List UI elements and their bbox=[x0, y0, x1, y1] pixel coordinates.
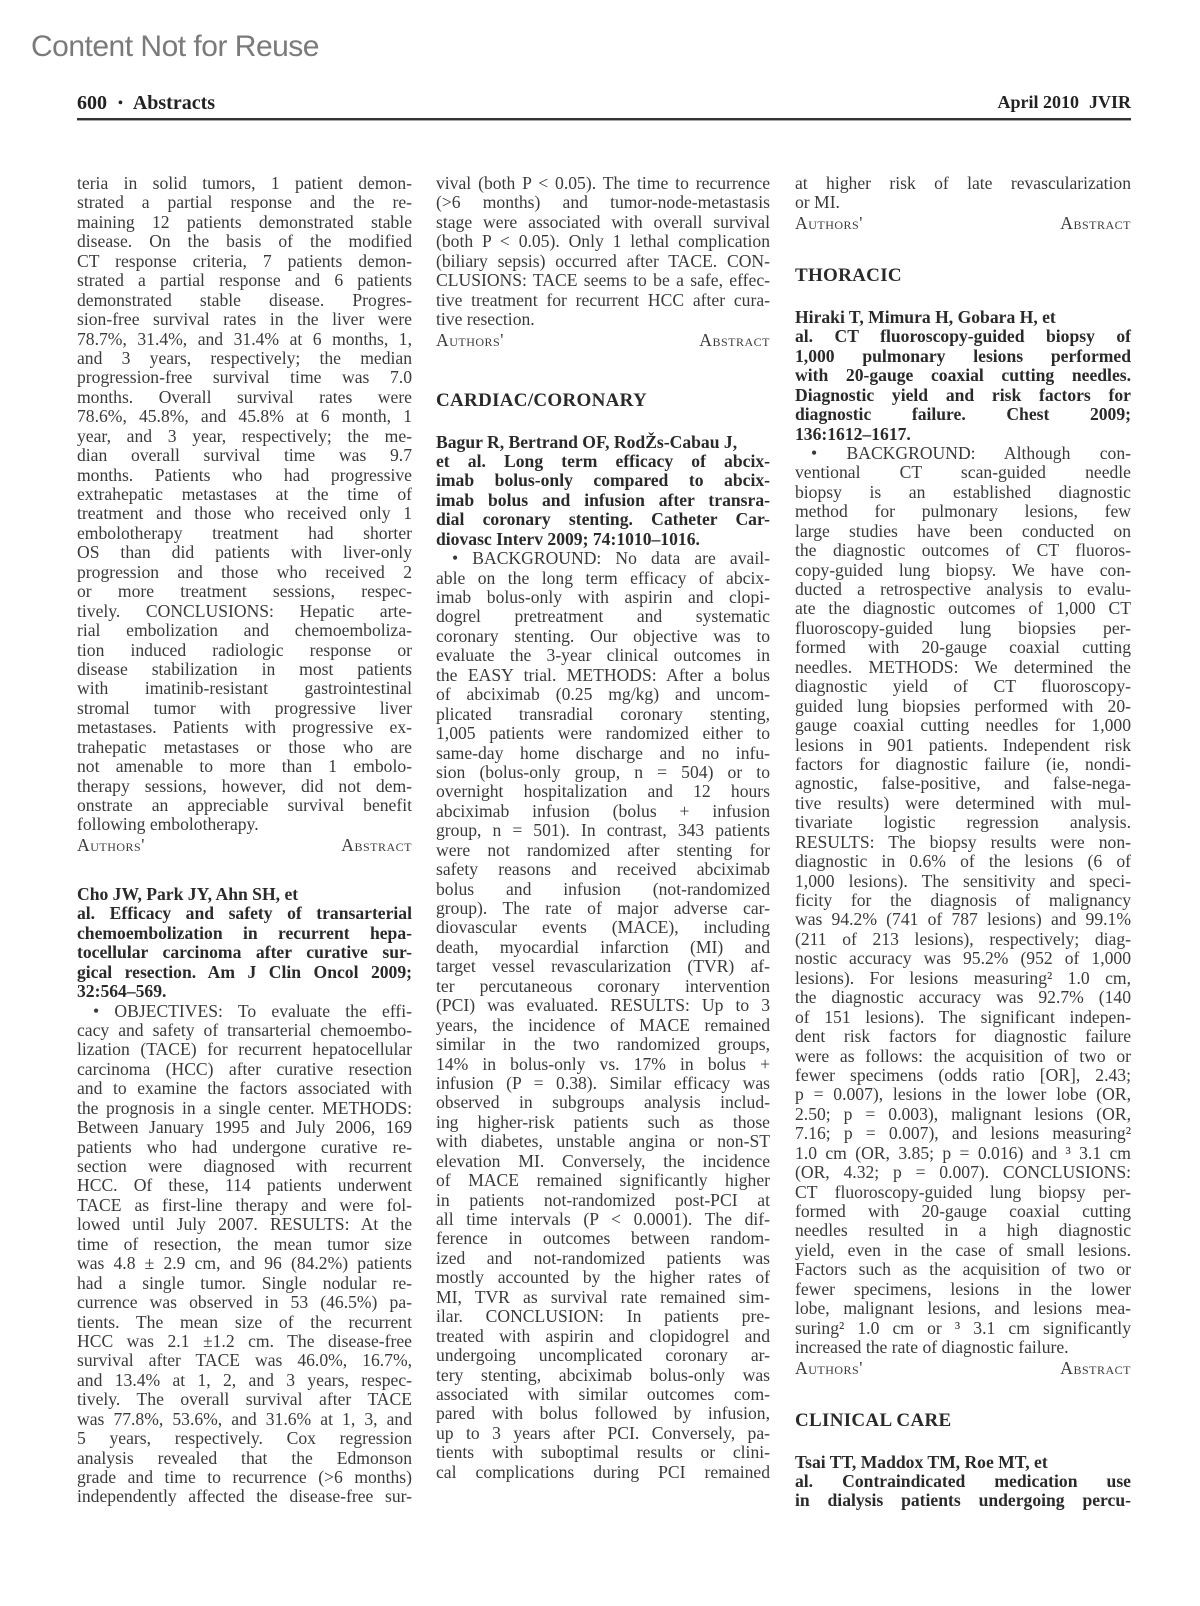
text-line: ventional CT scan-guided needle bbox=[795, 463, 1131, 482]
text-line: ference in outcomes between random- bbox=[436, 1229, 770, 1248]
article-citation-bagur: Bagur R, Bertrand OF, RodŽs-Cabau J,et a… bbox=[436, 433, 770, 550]
text-line: (OR, 4.32; p = 0.007). CONCLUSIONS: bbox=[795, 1163, 1131, 1182]
text-line: p = 0.007), lesions in the lower lobe (O… bbox=[795, 1085, 1131, 1104]
text-line: was 4.8 ± 2.9 cm, and 96 (84.2%) patient… bbox=[77, 1254, 412, 1273]
text-line: formed with 20-gauge coaxial cutting bbox=[795, 1202, 1131, 1221]
continued-abstract-body-cho: vival (both P < 0.05). The time to recur… bbox=[436, 174, 770, 330]
column-2: vival (both P < 0.05). The time to recur… bbox=[436, 174, 770, 1482]
text-line: pared with bolus followed by infusion, bbox=[436, 1404, 770, 1423]
continued-abstract-body: teria in solid tumors, 1 patient demon-s… bbox=[77, 174, 412, 835]
text-line: CT response criteria, 7 patients demon- bbox=[77, 252, 412, 271]
text-line: plicated transradial coronary stenting, bbox=[436, 705, 770, 724]
text-line: tivariate logistic regression analysis. bbox=[795, 813, 1131, 832]
text-line: ducted a retrospective analysis to evalu… bbox=[795, 580, 1131, 599]
running-head: 600 • Abstracts April 2010JVIR bbox=[77, 92, 1131, 118]
text-line: carcinoma (HCC) after curative resection bbox=[77, 1060, 412, 1079]
text-line: and to examine the factors associated wi… bbox=[77, 1079, 412, 1098]
text-line: disease. On the basis of the modified bbox=[77, 232, 412, 251]
text-line: up to 3 years after PCI. Conversely, pa- bbox=[436, 1424, 770, 1443]
text-line: year, and 3 year, respectively; the me- bbox=[77, 427, 412, 446]
text-line: cal complications during PCI remained bbox=[436, 1463, 770, 1482]
text-line: biopsy is an established diagnostic bbox=[795, 483, 1131, 502]
text-line: same-day home discharge and no infu- bbox=[436, 744, 770, 763]
text-line: lesions in 901 patients. Independent ris… bbox=[795, 736, 1131, 755]
text-line: guided lung biopsies performed with 20- bbox=[795, 697, 1131, 716]
text-line: onstrate an appreciable survival benefit bbox=[77, 796, 412, 815]
text-line: progression and those who received 2 bbox=[77, 563, 412, 582]
text-line: death, myocardial infarction (MI) and bbox=[436, 938, 770, 957]
text-line: dogrel pretreatment and systematic bbox=[436, 607, 770, 626]
text-line: diagnostic failure. Chest 2009; bbox=[795, 405, 1131, 424]
text-line: tients with suboptimal results or clini- bbox=[436, 1443, 770, 1462]
continued-abstract-body-bagur: at higher risk of late revascularization… bbox=[795, 174, 1131, 213]
journal-name: JVIR bbox=[1089, 92, 1131, 112]
text-line: diagnostic yield of CT fluoroscopy- bbox=[795, 677, 1131, 696]
text-line: not amenable to more than 1 embolo- bbox=[77, 757, 412, 776]
text-line: Between January 1995 and July 2006, 169 bbox=[77, 1118, 412, 1137]
text-line: progression-free survival time was 7.0 bbox=[77, 368, 412, 387]
text-line: gauge coaxial cutting needles for 1,000 bbox=[795, 716, 1131, 735]
text-line: nostic accuracy was 95.2% (952 of 1,000 bbox=[795, 949, 1131, 968]
text-line: imab bolus-only compared to abcix- bbox=[436, 471, 770, 490]
text-line: disease stabilization in most patients bbox=[77, 660, 412, 679]
text-line: safety reasons and received abciximab bbox=[436, 860, 770, 879]
text-line: TACE as first-line therapy and were fol- bbox=[77, 1196, 412, 1215]
article-citation-cho: Cho JW, Park JY, Ahn SH, etal. Efficacy … bbox=[77, 885, 412, 1002]
text-line: (>6 months) and tumor-node-metastasis bbox=[436, 193, 770, 212]
text-line: target vessel revascularization (TVR) af… bbox=[436, 957, 770, 976]
text-line: vival (both P < 0.05). The time to recur… bbox=[436, 174, 770, 193]
text-line: treatment and those who received only 1 bbox=[77, 504, 412, 523]
text-line: were as follows: the acquisition of two … bbox=[795, 1047, 1131, 1066]
text-line: RESULTS: The biopsy results were non- bbox=[795, 833, 1131, 852]
text-line: in patients not-randomized post-PCI at bbox=[436, 1191, 770, 1210]
abstract-signature: Authors' Abstract bbox=[77, 835, 412, 855]
text-line: ilar. CONCLUSION: In patients pre- bbox=[436, 1307, 770, 1326]
text-line: independently affected the disease-free … bbox=[77, 1487, 412, 1506]
text-line: stromal tumor with progressive liver bbox=[77, 699, 412, 718]
text-line: CLUSIONS: TACE seems to be a safe, effec… bbox=[436, 271, 770, 290]
text-line: dial coronary stenting. Catheter Car- bbox=[436, 510, 770, 529]
text-line: chemoembolization in recurrent hepa- bbox=[77, 924, 412, 943]
text-line: lobe, malignant lesions, and lesions mea… bbox=[795, 1299, 1131, 1318]
text-line: able on the long term efficacy of abcix- bbox=[436, 569, 770, 588]
text-line: tive resection. bbox=[436, 310, 770, 329]
text-line: copy-guided lung biopsy. We have con- bbox=[795, 561, 1131, 580]
text-line: et al. Long term efficacy of abcix- bbox=[436, 452, 770, 471]
text-line: group). The rate of major adverse car- bbox=[436, 899, 770, 918]
text-line: was 77.8%, 53.6%, and 31.6% at 1, 3, and bbox=[77, 1410, 412, 1429]
text-line: or more treatment sessions, respec- bbox=[77, 582, 412, 601]
text-line: increased the rate of diagnostic failure… bbox=[795, 1338, 1131, 1357]
text-line: yield, even in the case of small lesions… bbox=[795, 1241, 1131, 1260]
text-line: agnostic, false-positive, and false-nega… bbox=[795, 774, 1131, 793]
text-line: diagnostic in 0.6% of the lesions (6 of bbox=[795, 852, 1131, 871]
abstract-signature: Authors' Abstract bbox=[795, 1358, 1131, 1378]
text-line: 1,005 patients were randomized either to bbox=[436, 724, 770, 743]
text-line: tively. CONCLUSIONS: Hepatic arte- bbox=[77, 602, 412, 621]
text-line: HCC was 2.1 ±1.2 cm. The disease-free bbox=[77, 1332, 412, 1351]
text-line: needles. METHODS: We determined the bbox=[795, 658, 1131, 677]
text-line: ate the diagnostic outcomes of 1,000 CT bbox=[795, 599, 1131, 618]
text-line: • OBJECTIVES: To evaluate the effi- bbox=[77, 1002, 412, 1021]
article-body-cho: • OBJECTIVES: To evaluate the effi-cacy … bbox=[77, 1002, 412, 1507]
section-name: Abstracts bbox=[133, 92, 215, 114]
text-line: demonstrated stable disease. Progres- bbox=[77, 291, 412, 310]
section-title-thoracic: THORACIC bbox=[795, 263, 1131, 289]
text-line: lization (TACE) for recurrent hepatocell… bbox=[77, 1040, 412, 1059]
text-line: Hiraki T, Mimura H, Gobara H, et bbox=[795, 308, 1131, 327]
text-line: OS than did patients with liver-only bbox=[77, 543, 412, 562]
text-line: Cho JW, Park JY, Ahn SH, et bbox=[77, 885, 412, 904]
text-line: 1,000 lesions). The sensitivity and spec… bbox=[795, 872, 1131, 891]
text-line: the prognosis in a single center. METHOD… bbox=[77, 1099, 412, 1118]
text-line: tively. The overall survival after TACE bbox=[77, 1390, 412, 1409]
text-line: sion (bolus-only group, n = 504) or to bbox=[436, 763, 770, 782]
abstract-signature: Authors' Abstract bbox=[436, 330, 770, 350]
text-line: tery stenting, abciximab bolus-only was bbox=[436, 1366, 770, 1385]
text-line: with imatinib-resistant gastrointestinal bbox=[77, 679, 412, 698]
text-line: cacy and safety of transarterial chemoem… bbox=[77, 1021, 412, 1040]
text-line: factors for diagnostic failure (ie, nond… bbox=[795, 755, 1131, 774]
header-rule bbox=[77, 118, 1131, 121]
text-line: similar in the two randomized groups, bbox=[436, 1035, 770, 1054]
text-line: of MACE remained significantly higher bbox=[436, 1171, 770, 1190]
text-line: in dialysis patients undergoing percu- bbox=[795, 1491, 1131, 1510]
text-line: dent risk factors for diagnostic failure bbox=[795, 1027, 1131, 1046]
text-line: the diagnostic accuracy was 92.7% (140 bbox=[795, 988, 1131, 1007]
text-line: Factors such as the acquisition of two o… bbox=[795, 1260, 1131, 1279]
text-line: months. Patients who had progressive bbox=[77, 466, 412, 485]
text-line: section were diagnosed with recurrent bbox=[77, 1157, 412, 1176]
text-line: associated with similar outcomes com- bbox=[436, 1385, 770, 1404]
text-line: Tsai TT, Maddox TM, Roe MT, et bbox=[795, 1453, 1131, 1472]
text-line: observed in subgroups analysis includ- bbox=[436, 1093, 770, 1112]
text-line: fewer specimens, lesions in the lower bbox=[795, 1280, 1131, 1299]
text-line: treated with aspirin and clopidogrel and bbox=[436, 1327, 770, 1346]
text-line: ing higher-risk patients such as those bbox=[436, 1113, 770, 1132]
article-citation-hiraki: Hiraki T, Mimura H, Gobara H, etal. CT f… bbox=[795, 308, 1131, 444]
text-line: maining 12 patients demonstrated stable bbox=[77, 213, 412, 232]
text-line: large studies have been conducted on bbox=[795, 522, 1131, 541]
text-line: analysis revealed that the Edmonson bbox=[77, 1449, 412, 1468]
text-line: 7.16; p = 0.007), and lesions measuring² bbox=[795, 1124, 1131, 1143]
text-line: fluoroscopy-guided lung biopsies per- bbox=[795, 619, 1131, 638]
text-line: imab bolus-only with aspirin and clopi- bbox=[436, 588, 770, 607]
text-line: currence was observed in 53 (46.5%) pa- bbox=[77, 1293, 412, 1312]
text-line: needles resulted in a high diagnostic bbox=[795, 1221, 1131, 1240]
text-line: embolotherapy treatment had shorter bbox=[77, 524, 412, 543]
text-line: Bagur R, Bertrand OF, RodŽs-Cabau J, bbox=[436, 433, 770, 452]
text-line: and 13.4% at 1, 2, and 3 years, respec- bbox=[77, 1371, 412, 1390]
text-line: MI, TVR as survival rate remained sim- bbox=[436, 1288, 770, 1307]
text-line: (PCI) was evaluated. RESULTS: Up to 3 bbox=[436, 996, 770, 1015]
text-line: teria in solid tumors, 1 patient demon- bbox=[77, 174, 412, 193]
text-line: (both P < 0.05). Only 1 lethal complicat… bbox=[436, 232, 770, 251]
text-line: metastases. Patients with progressive ex… bbox=[77, 718, 412, 737]
text-line: bolus and infusion (not-randomized bbox=[436, 880, 770, 899]
text-line: evaluate the 3-year clinical outcomes in bbox=[436, 646, 770, 665]
text-line: 1,000 pulmonary lesions performed bbox=[795, 347, 1131, 366]
text-line: years, the incidence of MACE remained bbox=[436, 1016, 770, 1035]
text-line: all time intervals (P < 0.0001). The dif… bbox=[436, 1210, 770, 1229]
text-line: (211 of 213 lesions), respectively; diag… bbox=[795, 930, 1131, 949]
text-line: strated a partial response and 6 patient… bbox=[77, 271, 412, 290]
text-line: tocellular carcinoma after curative sur- bbox=[77, 943, 412, 962]
text-line: group, n = 501). In contrast, 343 patien… bbox=[436, 821, 770, 840]
text-line: at higher risk of late revascularization bbox=[795, 174, 1131, 193]
issue-date: April 2010 bbox=[997, 92, 1079, 112]
text-line: 32:564–569. bbox=[77, 982, 412, 1001]
text-line: extrahepatic metastases at the time of bbox=[77, 485, 412, 504]
text-line: of 151 lesions). The significant indepen… bbox=[795, 1008, 1131, 1027]
running-head-left: 600 • Abstracts bbox=[77, 92, 215, 115]
text-line: 78.7%, 31.4%, and 31.4% at 6 months, 1, bbox=[77, 330, 412, 349]
text-line: was 94.2% (741 of 787 lesions) and 99.1% bbox=[795, 910, 1131, 929]
text-line: method for pulmonary lesions, few bbox=[795, 502, 1131, 521]
column-3: at higher risk of late revascularization… bbox=[795, 174, 1131, 1511]
section-title-clinical-care: CLINICAL CARE bbox=[795, 1408, 1131, 1434]
text-line: 2.50; p = 0.003), malignant lesions (OR, bbox=[795, 1105, 1131, 1124]
text-line: • BACKGROUND: No data are avail- bbox=[436, 549, 770, 568]
text-line: grade and time to recurrence (>6 months) bbox=[77, 1468, 412, 1487]
text-line: diovascular events (MACE), including bbox=[436, 918, 770, 937]
text-line: al. Efficacy and safety of transarterial bbox=[77, 904, 412, 923]
text-line: had a single tumor. Single nodular re- bbox=[77, 1274, 412, 1293]
text-line: ter percutaneous coronary intervention bbox=[436, 977, 770, 996]
text-line: imab bolus and infusion after transra- bbox=[436, 491, 770, 510]
text-line: rial embolization and chemoemboliza- bbox=[77, 621, 412, 640]
text-line: Diagnostic yield and risk factors for bbox=[795, 386, 1131, 405]
text-line: following embolotherapy. bbox=[77, 815, 412, 834]
article-body-bagur: • BACKGROUND: No data are avail-able on … bbox=[436, 549, 770, 1482]
text-line: strated a partial response and the re- bbox=[77, 193, 412, 212]
text-line: the diagnostic outcomes of CT fluoros- bbox=[795, 541, 1131, 560]
text-line: trahepatic metastases or those who are bbox=[77, 738, 412, 757]
article-body-hiraki: • BACKGROUND: Although con-ventional CT … bbox=[795, 444, 1131, 1358]
text-line: 5 years, respectively. Cox regression bbox=[77, 1429, 412, 1448]
text-line: lesions). For lesions measuring² 1.0 cm, bbox=[795, 969, 1131, 988]
article-citation-tsai: Tsai TT, Maddox TM, Roe MT, etal. Contra… bbox=[795, 1453, 1131, 1511]
text-line: suring² 1.0 cm or ³ 3.1 cm significantly bbox=[795, 1319, 1131, 1338]
text-line: diovasc Interv 2009; 74:1010–1016. bbox=[436, 530, 770, 549]
text-line: sion-free survival rates in the liver we… bbox=[77, 310, 412, 329]
text-line: ized and not-randomized patients was bbox=[436, 1249, 770, 1268]
separator-dot: • bbox=[118, 96, 123, 111]
text-line: 14% in bolus-only vs. 17% in bolus + bbox=[436, 1055, 770, 1074]
text-line: the EASY trial. METHODS: After a bolus bbox=[436, 666, 770, 685]
text-line: stage were associated with overall survi… bbox=[436, 213, 770, 232]
text-line: months. Overall survival rates were bbox=[77, 388, 412, 407]
text-line: dian overall survival time was 9.7 bbox=[77, 446, 412, 465]
text-line: ficity for the diagnosis of malignancy bbox=[795, 891, 1131, 910]
page-number: 600 bbox=[77, 92, 107, 114]
text-line: with diabetes, unstable angina or non-ST bbox=[436, 1132, 770, 1151]
text-line: 78.6%, 45.8%, and 45.8% at 6 month, 1 bbox=[77, 407, 412, 426]
text-line: • BACKGROUND: Although con- bbox=[795, 444, 1131, 463]
text-line: tive results) were determined with mul- bbox=[795, 794, 1131, 813]
watermark: Content Not for Reuse bbox=[31, 30, 319, 64]
text-line: HCC. Of these, 114 patients underwent bbox=[77, 1176, 412, 1195]
abstract-signature: Authors' Abstract bbox=[795, 213, 1131, 233]
text-line: tive treatment for recurrent HCC after c… bbox=[436, 291, 770, 310]
text-line: infusion (P = 0.38). Similar efficacy wa… bbox=[436, 1074, 770, 1093]
text-line: undergoing uncomplicated coronary ar- bbox=[436, 1346, 770, 1365]
text-line: tion induced radiologic response or bbox=[77, 641, 412, 660]
text-line: with 20-gauge coaxial cutting needles. bbox=[795, 366, 1131, 385]
running-head-right: April 2010JVIR bbox=[997, 92, 1131, 113]
text-line: of abciximab (0.25 mg/kg) and uncom- bbox=[436, 685, 770, 704]
column-1: teria in solid tumors, 1 patient demon-s… bbox=[77, 174, 412, 1507]
text-line: survival after TACE was 46.0%, 16.7%, bbox=[77, 1351, 412, 1370]
text-line: and 3 years, respectively; the median bbox=[77, 349, 412, 368]
text-line: time of resection, the mean tumor size bbox=[77, 1235, 412, 1254]
text-line: coronary stenting. Our objective was to bbox=[436, 627, 770, 646]
text-line: fewer specimens (odds ratio [OR], 2.43; bbox=[795, 1066, 1131, 1085]
section-title-cardiac: CARDIAC/CORONARY bbox=[436, 388, 770, 414]
text-line: abciximab infusion (bolus + infusion bbox=[436, 802, 770, 821]
text-line: lowed until July 2007. RESULTS: At the bbox=[77, 1215, 412, 1234]
text-line: mostly accounted by the higher rates of bbox=[436, 1268, 770, 1287]
text-line: formed with 20-gauge coaxial cutting bbox=[795, 638, 1131, 657]
text-line: al. CT fluoroscopy-guided biopsy of bbox=[795, 327, 1131, 346]
text-line: therapy sessions, however, did not dem- bbox=[77, 777, 412, 796]
text-line: tients. The mean size of the recurrent bbox=[77, 1313, 412, 1332]
text-line: (biliary sepsis) occurred after TACE. CO… bbox=[436, 252, 770, 271]
text-line: elevation MI. Conversely, the incidence bbox=[436, 1152, 770, 1171]
text-line: patients who had undergone curative re- bbox=[77, 1138, 412, 1157]
text-line: 136:1612–1617. bbox=[795, 425, 1131, 444]
text-line: CT fluoroscopy-guided lung biopsy per- bbox=[795, 1183, 1131, 1202]
text-line: 1.0 cm (OR, 3.85; p = 0.016) and ³ 3.1 c… bbox=[795, 1144, 1131, 1163]
text-line: gical resection. Am J Clin Oncol 2009; bbox=[77, 963, 412, 982]
text-line: were not randomized after stenting for bbox=[436, 841, 770, 860]
text-line: or MI. bbox=[795, 193, 1131, 212]
text-line: al. Contraindicated medication use bbox=[795, 1472, 1131, 1491]
text-line: overnight hospitalization and 12 hours bbox=[436, 782, 770, 801]
